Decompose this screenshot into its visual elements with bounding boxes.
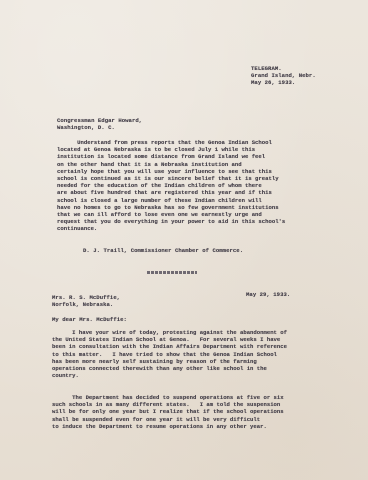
letter-paragraph-line: such schools in as many different states… [52,401,314,408]
document-page: TELEGRAM. Grand Island, Nebr. May 26, 19… [0,0,368,480]
letter-paragraph-2: The Department has decided to suspend op… [52,394,314,430]
letter-paragraph-line: I have your wire of today, protesting ag… [52,329,314,336]
telegram-body-line: have no homes to go to Nebraska has so f… [57,204,319,211]
telegram-body-line: on the other hand that it is a Nebraska … [57,161,319,168]
letter-paragraph-line: country. [52,372,314,379]
letter-date: May 29, 1933. [246,291,290,298]
letter-paragraph-line: been in consultation with the Indian Aff… [52,343,314,350]
letter-salutation: My dear Mrs. McDuffie: [52,316,127,323]
letter-paragraph-line: operations connected therewith than any … [52,365,314,372]
telegram-body-line: located at Genoa Nebraska is to be close… [57,146,319,153]
letter-paragraph-line: has been more nearly self sustaining by … [52,358,314,365]
telegram-signature: D. J. Traill, Commissioner Chamber of Co… [83,247,243,254]
telegram-body-line: continuance. [57,225,319,232]
telegram-body-line: are about five hundred that are register… [57,189,319,196]
letter-paragraph-1: I have your wire of today, protesting ag… [52,329,314,379]
separator-asterisks [147,271,197,274]
telegram-body: Understand from press reports that the G… [57,139,319,233]
letter-paragraph-line: to induce the Department to resume opera… [52,423,314,430]
letter-paragraph-line: will be for only one year but I realize … [52,408,314,415]
letter-paragraph-line: the United States Indian School at Genoa… [52,336,314,343]
telegram-body-line: school is closed a large number of these… [57,197,319,204]
telegram-body-line: school is continued as it is our sincere… [57,175,319,182]
letter-paragraph-line: to this matter. I have tried to show tha… [52,351,314,358]
telegram-body-line: request that you do everything in your p… [57,218,319,225]
telegram-body-line: certainly hope that you will use your in… [57,168,319,175]
letter-paragraph-line: The Department has decided to suspend op… [52,394,314,401]
telegram-body-line: that we can ill afford to lose even one … [57,211,319,218]
letter-addressee-location: Norfolk, Nebraska. [52,301,113,308]
telegram-date: May 26, 1933. [251,79,295,86]
telegram-body-line: needed for the education of the Indian c… [57,182,319,189]
telegram-body-line: Understand from press reports that the G… [57,139,319,146]
letter-paragraph-line: shall be suspended even for one year it … [52,416,314,423]
telegram-addressee-location: Washington, D. C. [57,124,115,131]
telegram-body-line: institution is located some distance fro… [57,153,319,160]
